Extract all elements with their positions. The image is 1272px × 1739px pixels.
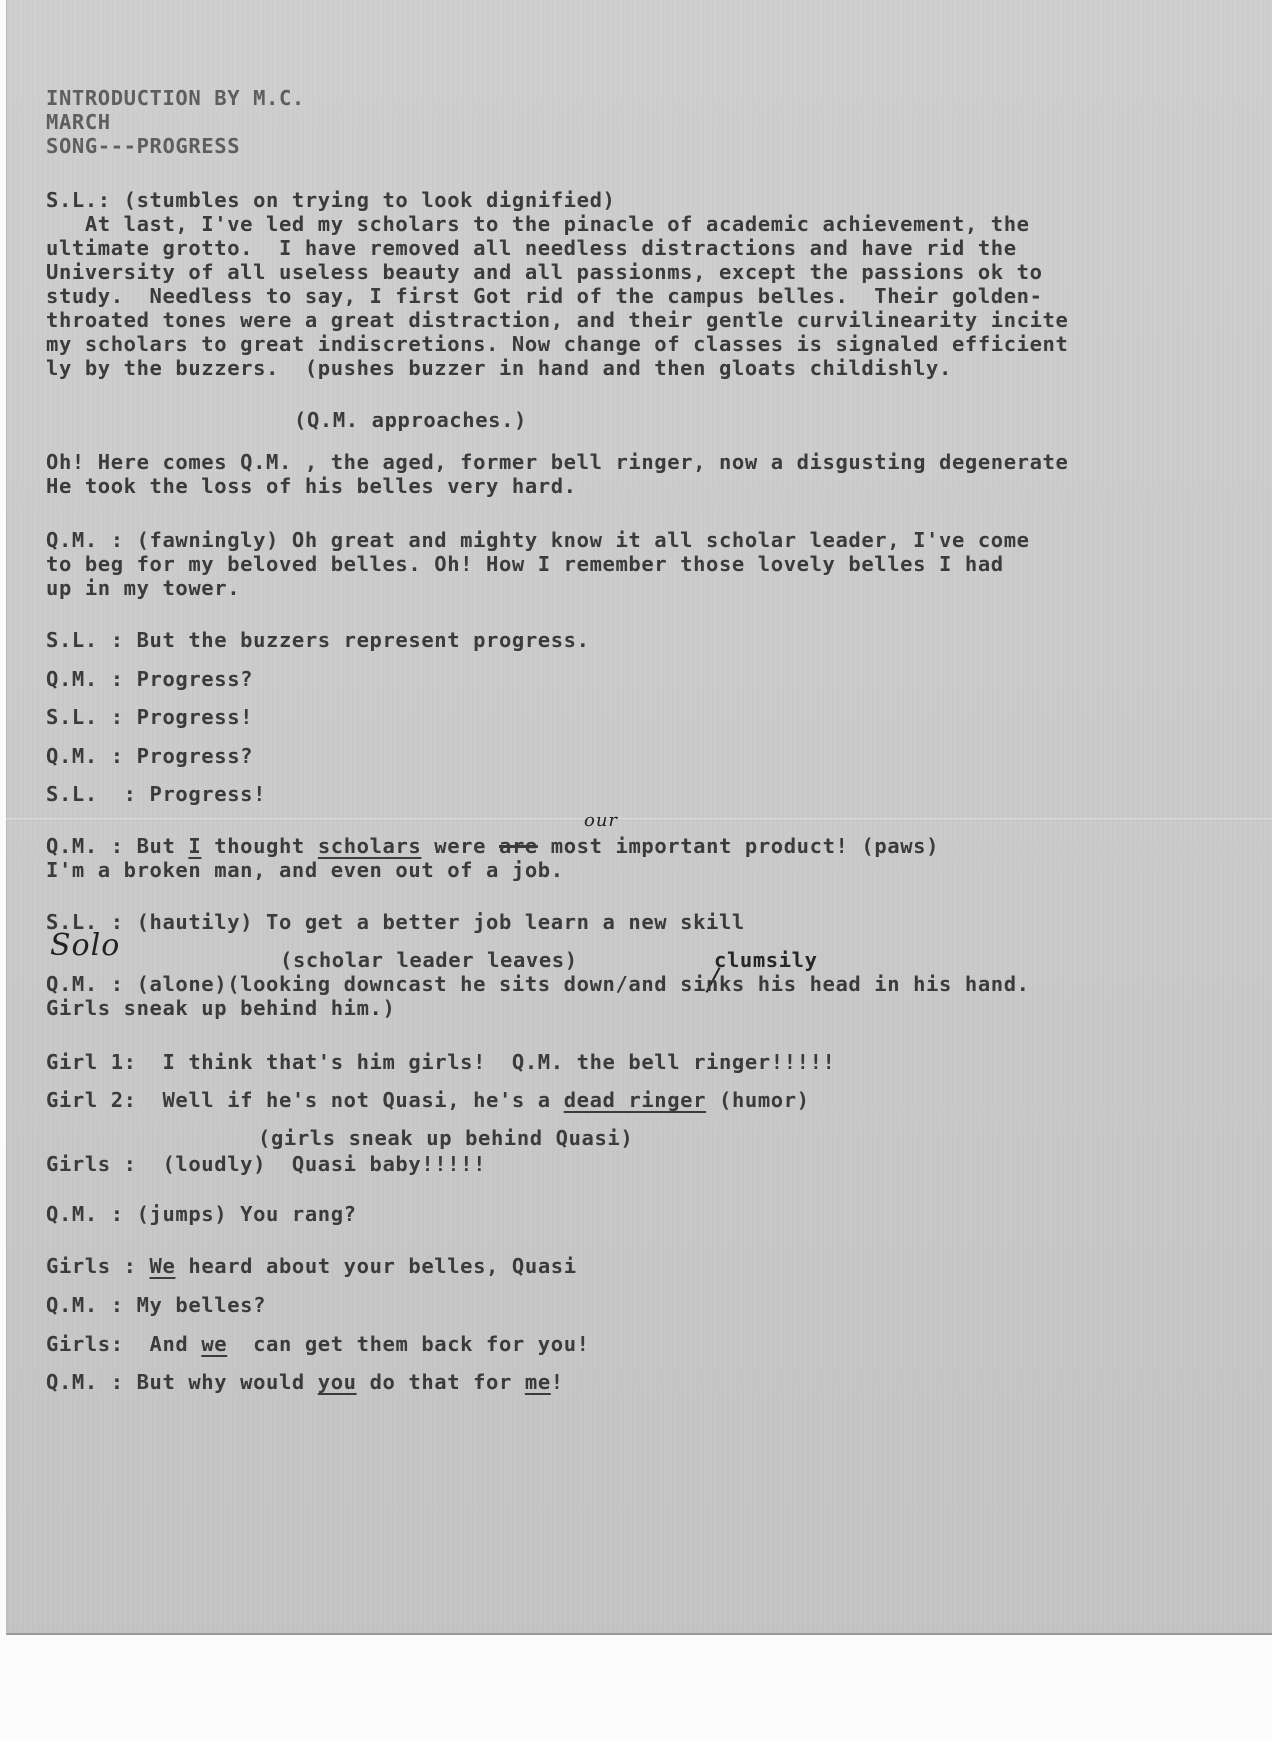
text: Q.M. : But xyxy=(46,834,188,858)
text: heard about your belles, Quasi xyxy=(175,1254,576,1278)
header-march: MARCH xyxy=(46,110,111,134)
text: were xyxy=(421,834,499,858)
sl-haughtily-line: S.L. : (hautily) To get a better job lea… xyxy=(46,910,745,934)
dialogue-progress-line: S.L. : But the buzzers represent progres… xyxy=(46,628,590,652)
qm-thought-line: Q.M. : But I thought scholars were are m… xyxy=(46,834,939,858)
girls-heard-line: Girls : We heard about your belles, Quas… xyxy=(46,1254,577,1278)
qm-alone-line: Q.M. : (alone)(looking downcast he sits … xyxy=(46,972,1030,996)
underlined-word: we xyxy=(201,1332,227,1356)
qm-fawning-line: to beg for my beloved belles. Oh! How I … xyxy=(46,552,1004,576)
paper-fold-line xyxy=(6,818,1272,821)
text: do that for xyxy=(357,1370,525,1394)
monologue-line: At last, I've led my scholars to the pin… xyxy=(46,212,1030,236)
text: Q.M. : But why would xyxy=(46,1370,318,1394)
header-intro: INTRODUCTION BY M.C. xyxy=(46,86,305,110)
underlined-word: me xyxy=(525,1370,551,1394)
text: Girls: And xyxy=(46,1332,201,1356)
header-song: SONG---PROGRESS xyxy=(46,134,240,158)
typed-insert-clumsily: clumsily xyxy=(714,948,818,972)
qm-broken-man-line: I'm a broken man, and even out of a job. xyxy=(46,858,564,882)
struck-word: are xyxy=(499,834,538,858)
stage-direction-qm-approaches: (Q.M. approaches.) xyxy=(294,408,527,432)
underlined-word: you xyxy=(318,1370,357,1394)
text: Girls : xyxy=(46,1254,150,1278)
girls-loudly-line: Girls : (loudly) Quasi baby!!!!! xyxy=(46,1152,486,1176)
here-comes-line: He took the loss of his belles very hard… xyxy=(46,474,577,498)
underlined-word: We xyxy=(150,1254,176,1278)
text: can get them back for you! xyxy=(227,1332,589,1356)
girl2-line: Girl 2: Well if he's not Quasi, he's a d… xyxy=(46,1088,810,1112)
qm-my-belles-line: Q.M. : My belles? xyxy=(46,1293,266,1317)
underlined-word: scholars xyxy=(318,834,422,858)
monologue-line: ly by the buzzers. (pushes buzzer in han… xyxy=(46,356,952,380)
qm-fawning-line: Q.M. : (fawningly) Oh great and mighty k… xyxy=(46,528,1030,552)
qm-fawning-line: up in my tower. xyxy=(46,576,240,600)
monologue-line: ultimate grotto. I have removed all need… xyxy=(46,236,1017,260)
monologue-line: study. Needless to say, I first Got rid … xyxy=(46,284,1043,308)
text: thought xyxy=(201,834,317,858)
stage-direction-sl-leaves: (scholar leader leaves) xyxy=(280,948,578,972)
dialogue-progress-line: S.L. : Progress! xyxy=(46,782,266,806)
girls-and-we-line: Girls: And we can get them back for you! xyxy=(46,1332,590,1356)
here-comes-line: Oh! Here comes Q.M. , the aged, former b… xyxy=(46,450,1068,474)
girl1-line: Girl 1: I think that's him girls! Q.M. t… xyxy=(46,1050,835,1074)
dialogue-progress-line: S.L. : Progress! xyxy=(46,705,253,729)
monologue-line: University of all useless beauty and all… xyxy=(46,260,1043,284)
dialogue-progress-line: Q.M. : Progress? xyxy=(46,744,253,768)
handwritten-margin-solo: Solo xyxy=(50,928,120,963)
text: ! xyxy=(551,1370,564,1394)
monologue-line: my scholars to great indiscretions. Now … xyxy=(46,332,1068,356)
qm-but-why-line: Q.M. : But why would you do that for me! xyxy=(46,1370,564,1394)
text: (humor) xyxy=(706,1088,810,1112)
text: Girl 2: Well if he's not Quasi, he's a xyxy=(46,1088,564,1112)
stage-direction-girls-sneak: (girls sneak up behind Quasi) xyxy=(258,1126,633,1150)
qm-jumps-line: Q.M. : (jumps) You rang? xyxy=(46,1202,357,1226)
monologue-line: throated tones were a great distraction,… xyxy=(46,308,1068,332)
handwritten-insert-our: our xyxy=(584,810,618,831)
stage-direction-stumbles: S.L.: (stumbles on trying to look dignif… xyxy=(46,188,615,212)
underlined-word: I xyxy=(188,834,201,858)
dialogue-progress-line: Q.M. : Progress? xyxy=(46,667,253,691)
text: most important product! (paws) xyxy=(538,834,939,858)
qm-alone-line: Girls sneak up behind him.) xyxy=(46,996,395,1020)
underlined-phrase: dead ringer xyxy=(564,1088,706,1112)
